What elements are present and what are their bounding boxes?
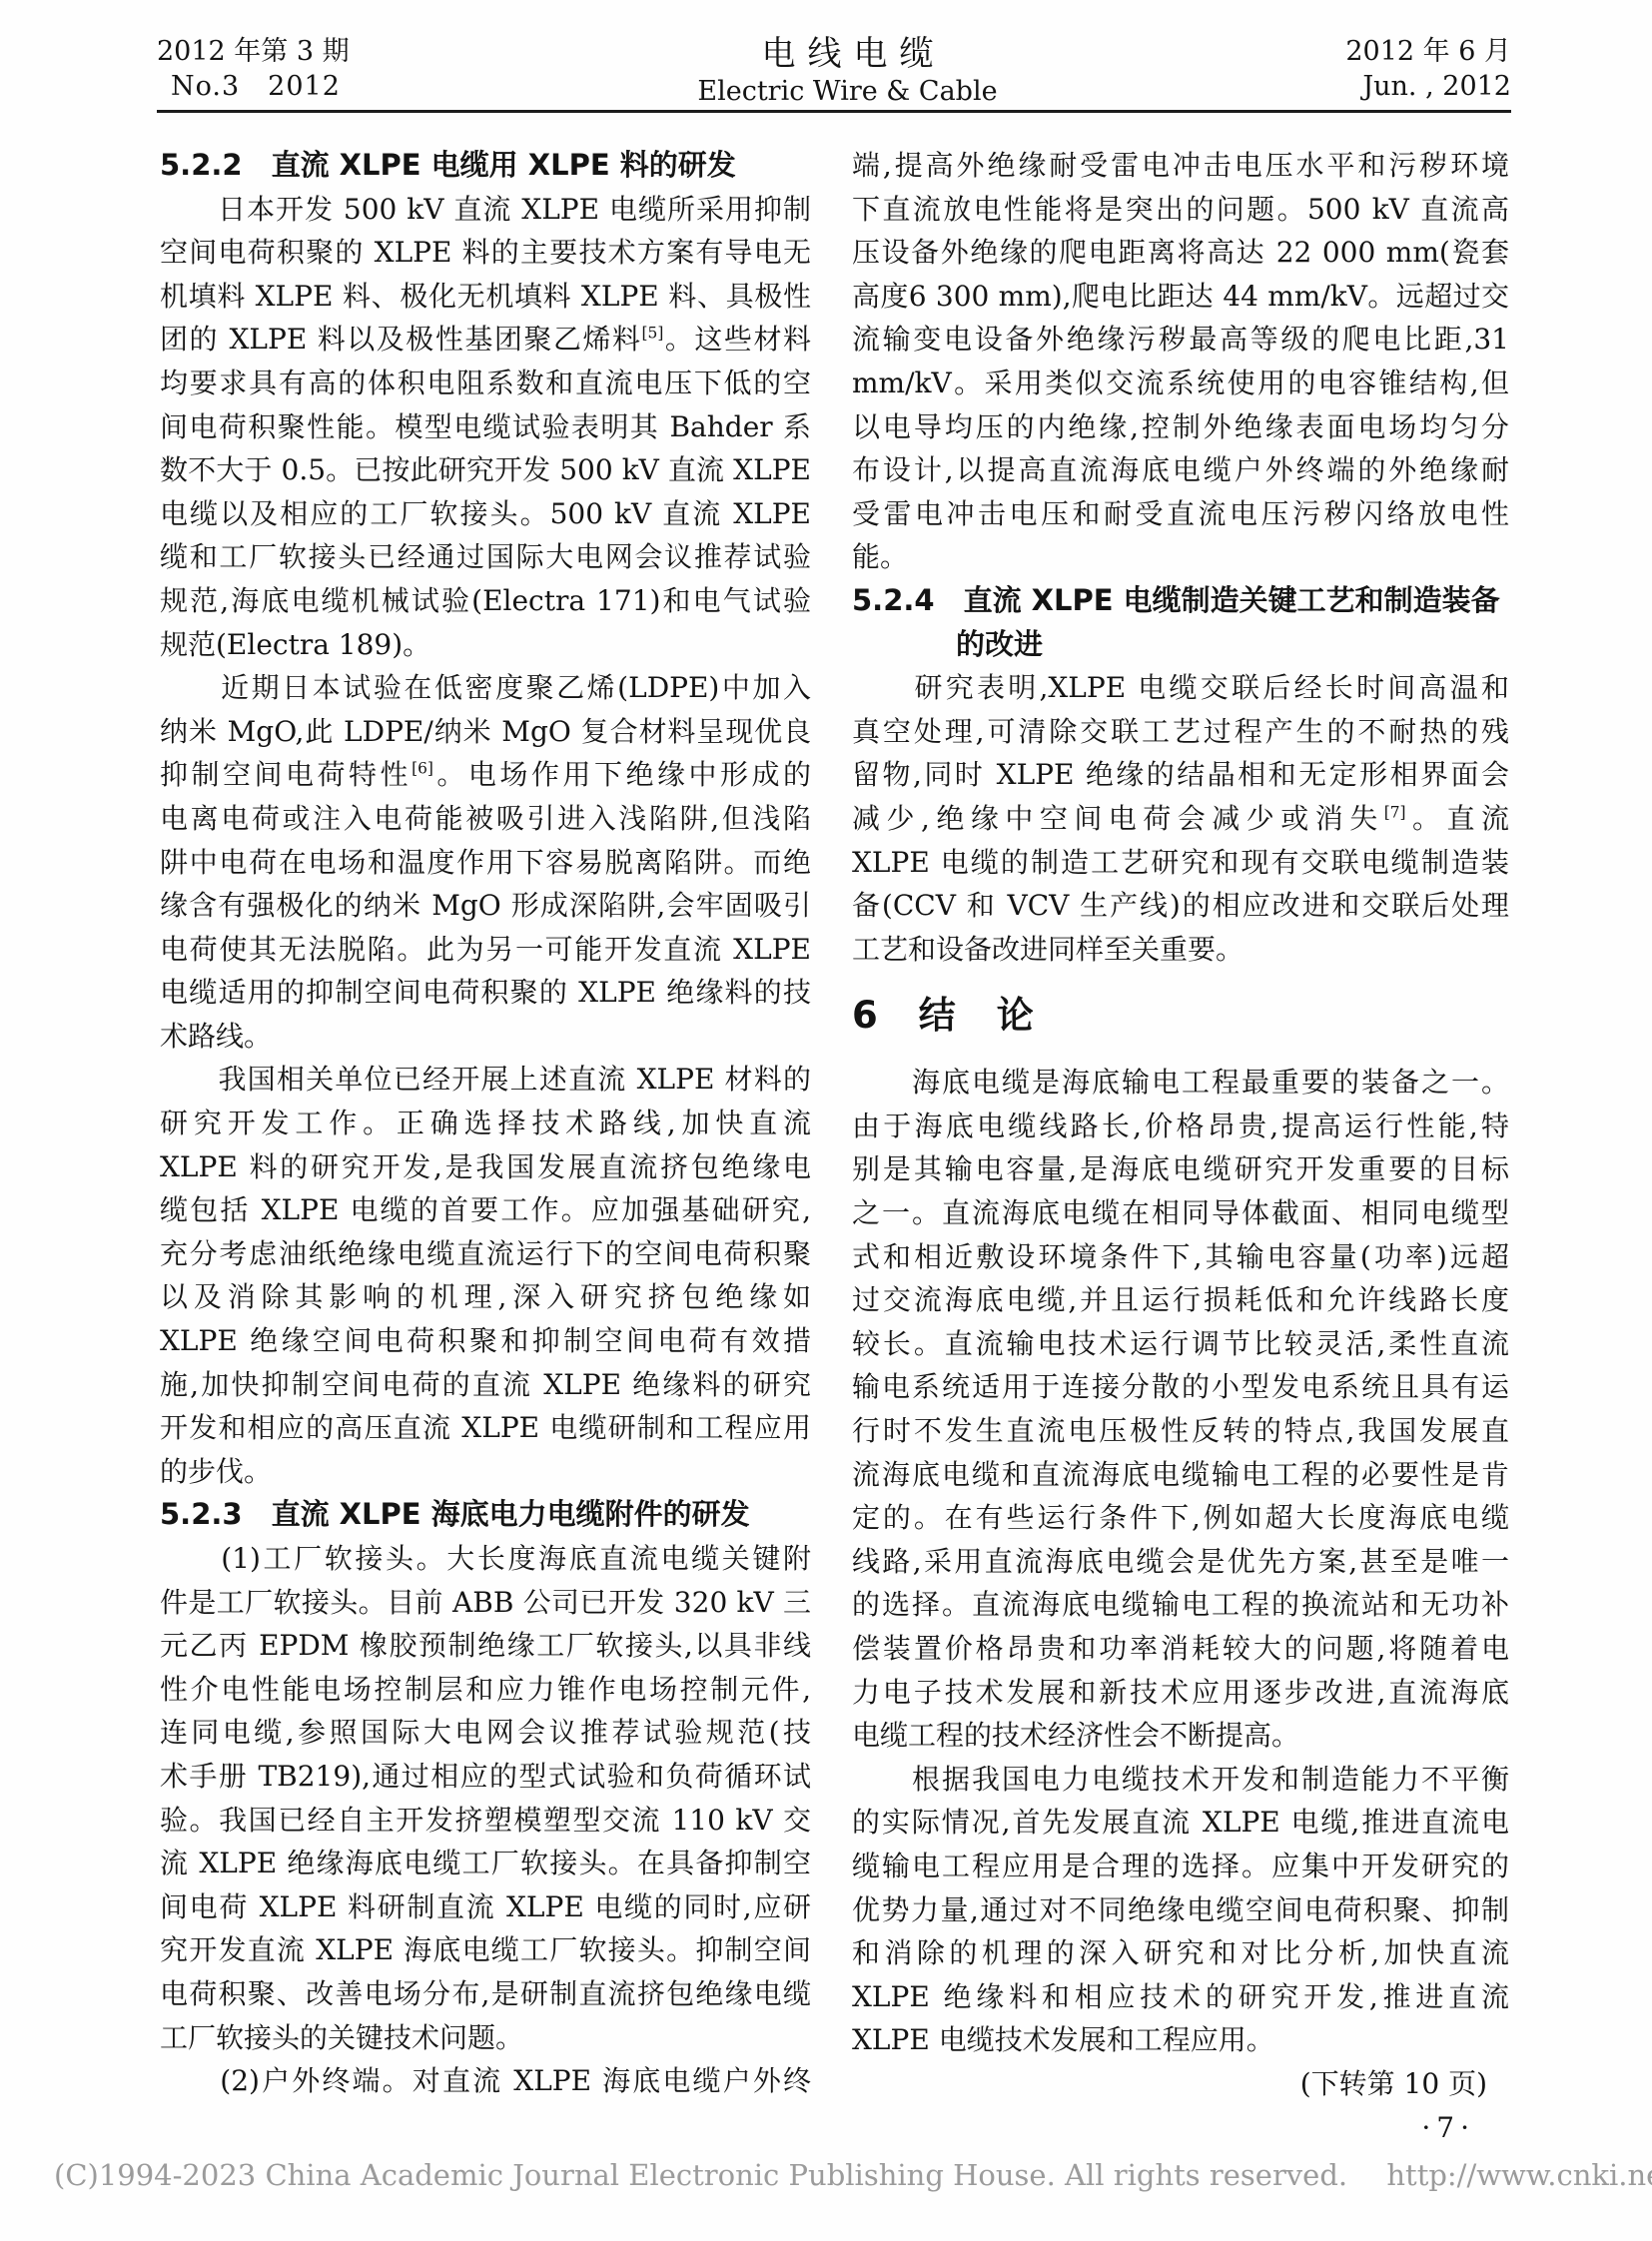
text-line: 工厂软接头的关键技术问题。 [160, 2016, 811, 2060]
text-line: 留物,同时 XLPE 绝缘的结晶相和无定形相界面会 [852, 753, 1509, 797]
text-line: 性介电性能电场控制层和应力锥作电场控制元件, [160, 1668, 811, 1712]
text-line: 缘含有强极化的纳米 MgO 形成深陷阱,会牢固吸引 [160, 884, 811, 928]
text-line: XLPE 绝缘空间电荷积聚和抑制空间电荷有效措 [160, 1319, 811, 1363]
text-line: 元乙丙 EPDM 橡胶预制绝缘工厂软接头,以具非线 [160, 1624, 811, 1668]
header-date: 2012 年 6 月 Jun. , 2012 [1345, 34, 1511, 104]
text-line: 术手册 TB219),通过相应的型式试验和负荷循环试 [160, 1755, 811, 1799]
text-line: 开发和相应的高压直流 XLPE 电缆研制和工程应用 [160, 1406, 811, 1450]
header-issue: 2012 年第 3 期 No.3 2012 [157, 34, 350, 104]
header-journal-title: 电线电缆 Electric Wire & Cable [697, 34, 997, 110]
text-line: 的实际情况,首先发展直流 XLPE 电缆,推进直流电 [852, 1801, 1509, 1845]
text-line: 施,加快抑制空间电荷的直流 XLPE 绝缘料的研究 [160, 1363, 811, 1407]
text-line: 电离电荷或注入电荷能被吸引进入浅陷阱,但浅陷 [160, 797, 811, 841]
text-line: 间电荷积聚性能。模型电缆试验表明其 Bahder 系 [160, 405, 811, 449]
section-heading: 5.2.2 直流 XLPE 电缆用 XLPE 料的研发 [160, 144, 811, 188]
text-line: 由于海底电缆线路长,价格昂贵,提高运行性能,特 [852, 1105, 1509, 1148]
text-line: 机填料 XLPE 料、极化无机填料 XLPE 料、具极性基 [160, 275, 811, 319]
right-column: 端,提高外绝缘耐受雷电冲击电压水平和污秽环境下直流放电性能将是突出的问题。500… [852, 144, 1509, 2149]
text-line: 真空处理,可清除交联工艺过程产生的不耐热的残 [852, 710, 1509, 754]
text-line: XLPE 料的研究开发,是我国发展直流挤包绝缘电 [160, 1145, 811, 1189]
text-line: (1)工厂软接头。大长度海底直流电缆关键附 [160, 1537, 811, 1581]
text-line: 备(CCV 和 VCV 生产线)的相应改进和交联后处理 [852, 884, 1509, 928]
copyright-notice: (C)1994-2023 China Academic Journal Elec… [54, 2158, 1347, 2192]
section-heading: 5.2.4 直流 XLPE 电缆制造关键工艺和制造装备 [852, 579, 1509, 623]
text-line: 的步伐。 [160, 1450, 811, 1494]
text-line: 纳米 MgO,此 LDPE/纳米 MgO 复合材料呈现优良的 [160, 710, 811, 754]
text-line: 近期日本试验在低密度聚乙烯(LDPE)中加入 [160, 666, 811, 710]
text-line: 较长。直流输电技术运行调节比较灵活,柔性直流 [852, 1322, 1509, 1366]
text-line: 电缆工程的技术经济性会不断提高。 [852, 1714, 1509, 1758]
text-line: 过交流海底电缆,并且运行损耗低和允许线路长度 [852, 1278, 1509, 1322]
text-line: 以及消除其影响的机理,深入研究挤包绝缘如 [160, 1275, 811, 1319]
text-line: 受雷电冲击电压和耐受直流电压污秽闪络放电性 [852, 492, 1509, 536]
section-heading: 的改进 [852, 623, 1509, 667]
text-line: 流海底电缆和直流海底电缆输电工程的必要性是肯 [852, 1453, 1509, 1497]
text-line: 阱中电荷在电场和温度作用下容易脱离陷阱。而绝 [160, 841, 811, 885]
text-line: 高度6 300 mm),爬电比距达 44 mm/kV。远超过交 [852, 275, 1509, 319]
reference-superscript: [5] [642, 325, 664, 343]
text-line: 端,提高外绝缘耐受雷电冲击电压水平和污秽环境 [852, 144, 1509, 188]
text-line: 连同电缆,参照国际大电网会议推荐试验规范(技 [160, 1711, 811, 1755]
text-line: 日本开发 500 kV 直流 XLPE 电缆所采用抑制 [160, 188, 811, 232]
text-line: 偿装置价格昂贵和功率消耗较大的问题,将随着电 [852, 1627, 1509, 1671]
text-line: 线路,采用直流海底电缆会是优先方案,甚至是唯一 [852, 1540, 1509, 1584]
section-heading: 6 结 论 [852, 971, 1509, 1061]
text-line: 缆输电工程应用是合理的选择。应集中开发研究的 [852, 1845, 1509, 1888]
issue-number-en: No.3 2012 [157, 69, 350, 104]
text-line: 力电子技术发展和新技术应用逐步改进,直流海底 [852, 1671, 1509, 1715]
text-line: 空间电荷积聚的 XLPE 料的主要技术方案有导电无 [160, 231, 811, 275]
text-line: 行时不发生直流电压极性反转的特点,我国发展直 [852, 1409, 1509, 1453]
text-line: 研究开发工作。正确选择技术路线,加快直流 [160, 1102, 811, 1145]
text-line: 究开发直流 XLPE 海底电缆工厂软接头。抑制空间 [160, 1928, 811, 1972]
text-line: 以电导均压的内绝缘,控制外绝缘表面电场均匀分 [852, 405, 1509, 449]
text-line: 根据我国电力电缆技术开发和制造能力不平衡 [852, 1758, 1509, 1802]
text-line: 下直流放电性能将是突出的问题。500 kV 直流高 [852, 188, 1509, 232]
text-line: 均要求具有高的体积电阻系数和直流电压下低的空 [160, 362, 811, 405]
header-rule [157, 110, 1511, 113]
journal-title-en: Electric Wire & Cable [697, 74, 997, 110]
text-line: mm/kV。采用类似交流系统使用的电容锥结构,但 [852, 362, 1509, 405]
issue-number-cn: 2012 年第 3 期 [157, 34, 350, 69]
text-line: 电荷积聚、改善电场分布,是研制直流挤包绝缘电缆 [160, 1972, 811, 2016]
text-line: 缆包括 XLPE 电缆的首要工作。应加强基础研究, [160, 1188, 811, 1232]
text-line: 间电荷 XLPE 料研制直流 XLPE 电缆的同时,应研 [160, 1885, 811, 1929]
text-line: 电缆适用的抑制空间电荷积聚的 XLPE 绝缘料的技 [160, 971, 811, 1015]
section-heading: 5.2.3 直流 XLPE 海底电力电缆附件的研发 [160, 1493, 811, 1537]
journal-title-cn: 电线电缆 [697, 34, 997, 74]
text-line: 充分考虑油纸绝缘电缆直流运行下的空间电荷积聚 [160, 1232, 811, 1276]
issue-date-en: Jun. , 2012 [1345, 69, 1511, 104]
text-line: 定的。在有些运行条件下,例如超大长度海底电缆 [852, 1496, 1509, 1540]
text-line: XLPE 电缆的制造工艺研究和现有交联电缆制造装 [852, 841, 1509, 885]
text-line: 团的 XLPE 料以及极性基团聚乙烯料[5]。这些材料 [160, 318, 811, 362]
page-footer: (C)1994-2023 China Academic Journal Elec… [54, 2157, 1612, 2193]
text-line: 优势力量,通过对不同绝缘电缆空间电荷积聚、抑制 [852, 1888, 1509, 1932]
text-line: 电荷使其无法脱陷。此为另一可能开发直流 XLPE [160, 928, 811, 972]
text-line: 流 XLPE 绝缘海底电缆工厂软接头。在具备抑制空 [160, 1842, 811, 1885]
continuation-note: (下转第 10 页) [852, 2062, 1509, 2106]
cnki-url: http://www.cnki.net [1386, 2158, 1652, 2192]
text-line: 抑制空间电荷特性[6]。电场作用下绝缘中形成的 [160, 753, 811, 797]
text-line: 流输变电设备外绝缘污秽最高等级的爬电比距,31 [852, 318, 1509, 362]
text-line: 术路线。 [160, 1015, 811, 1059]
text-line: (2)户外终端。对直流 XLPE 海底电缆户外终 [160, 2059, 811, 2103]
text-line: 电缆以及相应的工厂软接头。500 kV 直流 XLPE 电 [160, 492, 811, 536]
text-line: 能。 [852, 535, 1509, 579]
page-header: 2012 年第 3 期 No.3 2012 电线电缆 Electric Wire… [157, 34, 1511, 110]
text-line: 别是其输电容量,是海底电缆研究开发重要的目标 [852, 1147, 1509, 1191]
reference-superscript: [6] [412, 760, 433, 778]
text-line: XLPE 电缆技术发展和工程应用。 [852, 2018, 1509, 2062]
text-line: 海底电缆是海底输电工程最重要的装备之一。 [852, 1061, 1509, 1105]
text-line: 数不大于 0.5。已按此研究开发 500 kV 直流 XLPE [160, 448, 811, 492]
text-line: 布设计,以提高直流海底电缆户外终端的外绝缘耐 [852, 448, 1509, 492]
text-line: 验。我国已经自主开发挤塑模塑型交流 110 kV 交 [160, 1799, 811, 1843]
text-line: 规范(Electra 189)。 [160, 623, 811, 667]
text-line: 减少,绝缘中空间电荷会减少或消失[7]。直流 [852, 797, 1509, 841]
text-line: XLPE 绝缘料和相应技术的研究开发,推进直流 [852, 1975, 1509, 2019]
text-line: 研究表明,XLPE 电缆交联后经长时间高温和 [852, 666, 1509, 710]
issue-date-cn: 2012 年 6 月 [1345, 34, 1511, 69]
journal-page: 2012 年第 3 期 No.3 2012 电线电缆 Electric Wire… [0, 0, 1652, 2241]
text-line: 式和相近敷设环境条件下,其输电容量(功率)远超 [852, 1235, 1509, 1279]
text-line: 压设备外绝缘的爬电距离将高达 22 000 mm(瓷套 [852, 231, 1509, 275]
text-line: 件是工厂软接头。目前 ABB 公司已开发 320 kV 三 [160, 1581, 811, 1625]
text-line: 和消除的机理的深入研究和对比分析,加快直流 [852, 1931, 1509, 1975]
text-line: 输电系统适用于连接分散的小型发电系统且具有运 [852, 1365, 1509, 1409]
reference-superscript: [7] [1384, 804, 1406, 822]
text-line: 的选择。直流海底电缆输电工程的换流站和无功补 [852, 1583, 1509, 1627]
text-line: 工艺和设备改进同样至关重要。 [852, 928, 1509, 972]
text-line: 缆和工厂软接头已经通过国际大电网会议推荐试验 [160, 535, 811, 579]
text-line: 之一。直流海底电缆在相同导体截面、相同电缆型 [852, 1191, 1509, 1235]
page-number: ·7· [852, 2106, 1509, 2150]
text-line: 我国相关单位已经开展上述直流 XLPE 材料的 [160, 1058, 811, 1102]
text-line: 规范,海底电缆机械试验(Electra 171)和电气试验 [160, 579, 811, 623]
left-column: 5.2.2 直流 XLPE 电缆用 XLPE 料的研发 日本开发 500 kV … [160, 144, 811, 2103]
